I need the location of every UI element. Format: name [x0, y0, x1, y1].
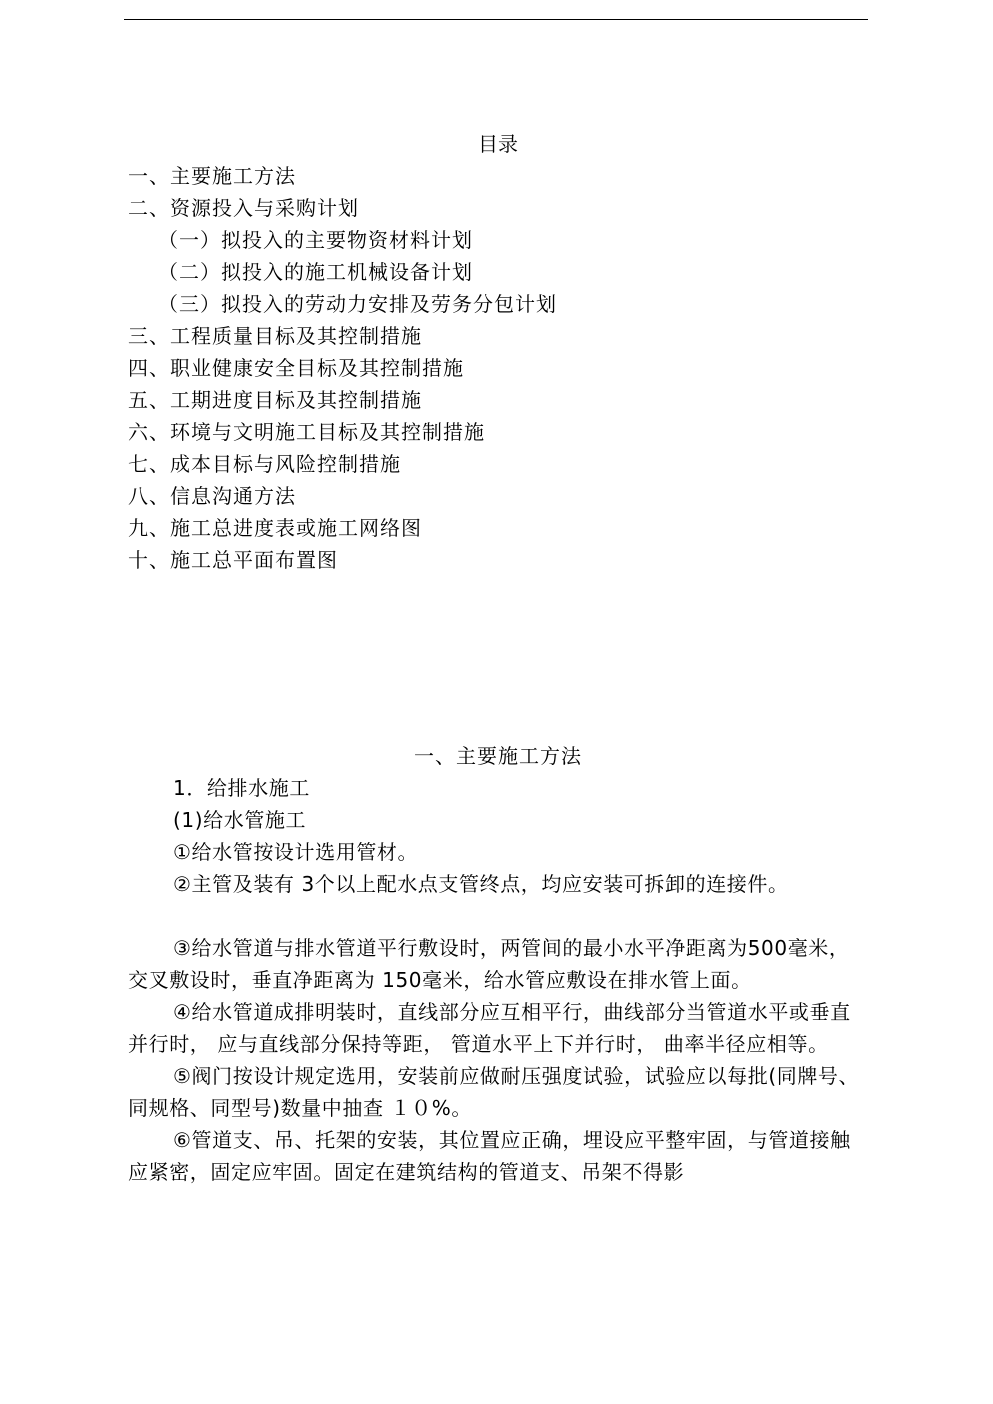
- toc-item[interactable]: 一、主要施工方法: [128, 160, 868, 192]
- toc-item[interactable]: 六、环境与文明施工目标及其控制措施: [128, 416, 868, 448]
- toc-subitem[interactable]: （一）拟投入的主要物资材料计划: [128, 224, 868, 256]
- toc-item[interactable]: 五、工期进度目标及其控制措施: [128, 384, 868, 416]
- toc-item[interactable]: 三、工程质量目标及其控制措施: [128, 320, 868, 352]
- table-of-contents: 目录 一、主要施工方法 二、资源投入与采购计划 （一）拟投入的主要物资材料计划 …: [128, 128, 868, 576]
- paragraph: ③给水管道与排水管道平行敷设时，两管间的最小水平净距离为500毫米，交叉敷设时，…: [128, 932, 868, 996]
- toc-list: 一、主要施工方法 二、资源投入与采购计划 （一）拟投入的主要物资材料计划 （二）…: [128, 160, 868, 576]
- toc-item[interactable]: 八、信息沟通方法: [128, 480, 868, 512]
- paragraph: ④给水管道成排明装时，直线部分应互相平行，曲线部分当管道水平或垂直并行时， 应与…: [128, 996, 868, 1060]
- sub-subheading: (1)给水管施工: [128, 804, 868, 836]
- section-title: 一、主要施工方法: [128, 740, 868, 772]
- toc-item[interactable]: 二、资源投入与采购计划: [128, 192, 868, 224]
- toc-title: 目录: [128, 128, 868, 160]
- paragraph: ⑤阀门按设计规定选用，安装前应做耐压强度试验，试验应以每批(同牌号、同规格、同型…: [128, 1060, 868, 1124]
- header-rule: [124, 19, 868, 20]
- toc-subitem[interactable]: （三）拟投入的劳动力安排及劳务分包计划: [128, 288, 868, 320]
- toc-item[interactable]: 四、职业健康安全目标及其控制措施: [128, 352, 868, 384]
- toc-item[interactable]: 九、施工总进度表或施工网络图: [128, 512, 868, 544]
- toc-item[interactable]: 十、施工总平面布置图: [128, 544, 868, 576]
- paragraph: ①给水管按设计选用管材。: [128, 836, 868, 868]
- subheading: 1．给排水施工: [128, 772, 868, 804]
- paragraph: ②主管及装有 3个以上配水点支管终点，均应安装可拆卸的连接件。: [128, 868, 868, 900]
- blank-line: [128, 900, 868, 932]
- toc-item[interactable]: 七、成本目标与风险控制措施: [128, 448, 868, 480]
- section-main-construction-methods: 一、主要施工方法 1．给排水施工 (1)给水管施工 ①给水管按设计选用管材。 ②…: [128, 740, 868, 1188]
- toc-subitem[interactable]: （二）拟投入的施工机械设备计划: [128, 256, 868, 288]
- paragraph: ⑥管道支、吊、托架的安装，其位置应正确，埋设应平整牢固，与管道接触应紧密，固定应…: [128, 1124, 868, 1188]
